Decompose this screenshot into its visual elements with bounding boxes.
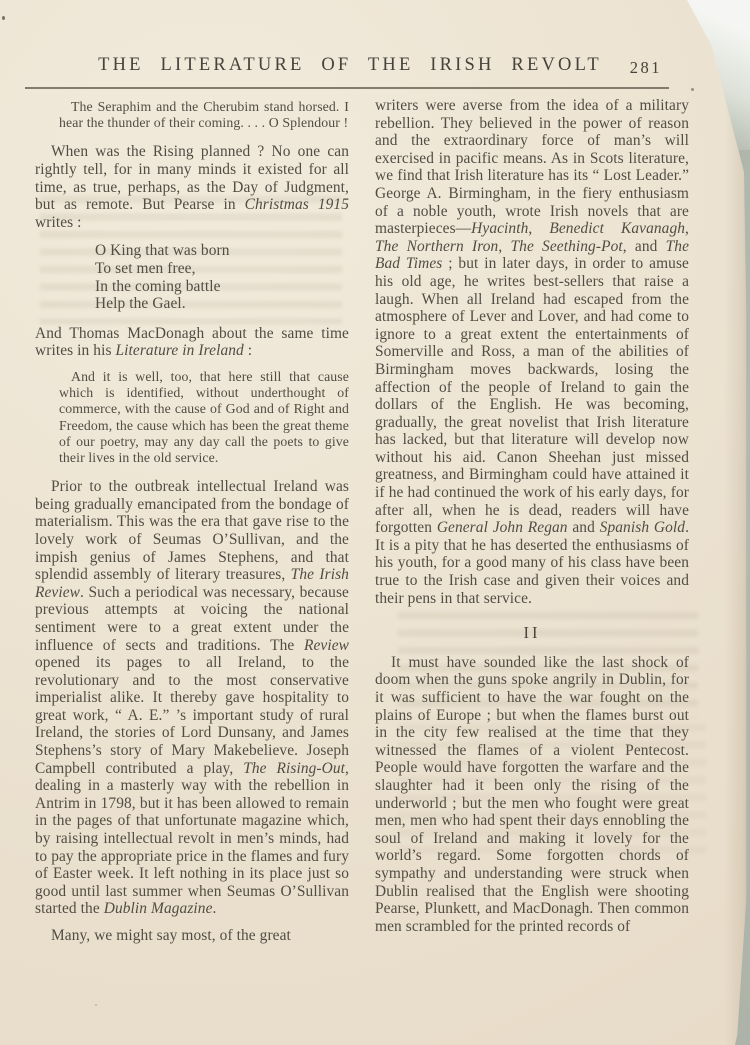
blockquote: And it is well, too, that here still tha… (59, 369, 349, 466)
page-number: 281 (630, 58, 662, 78)
paragraph: Prior to the outbreak intellectual Irela… (35, 478, 349, 918)
paragraph: writers were averse from the idea of a m… (375, 97, 689, 607)
header-rule (25, 87, 669, 89)
right-column: writers were averse from the idea of a m… (375, 97, 689, 945)
running-title: THE LITERATURE OF THE IRISH REVOLT (98, 55, 602, 75)
verse-block: O King that was bornTo set men free,In t… (95, 242, 349, 312)
page-header: THE LITERATURE OF THE IRISH REVOLT (0, 55, 700, 76)
paragraph: And Thomas MacDonagh about the same time… (35, 325, 349, 360)
paragraph: When was the Rising planned ? No one can… (35, 143, 349, 231)
blockquote: The Seraphim and the Cherubim stand hors… (59, 99, 349, 131)
paragraph: It must have sounded like the last shock… (375, 654, 689, 936)
book-page: THE LITERATURE OF THE IRISH REVOLT 281 T… (0, 0, 750, 1045)
text-columns: The Seraphim and the Cherubim stand hors… (35, 97, 689, 945)
scanned-page-background: THE LITERATURE OF THE IRISH REVOLT 281 T… (0, 0, 750, 1045)
paper-speck (95, 1004, 97, 1006)
section-heading: II (375, 624, 689, 642)
paper-speck (2, 16, 5, 20)
paragraph: Many, we might say most, of the great (35, 927, 349, 945)
left-column: The Seraphim and the Cherubim stand hors… (35, 97, 349, 945)
paper-speck (691, 88, 694, 91)
